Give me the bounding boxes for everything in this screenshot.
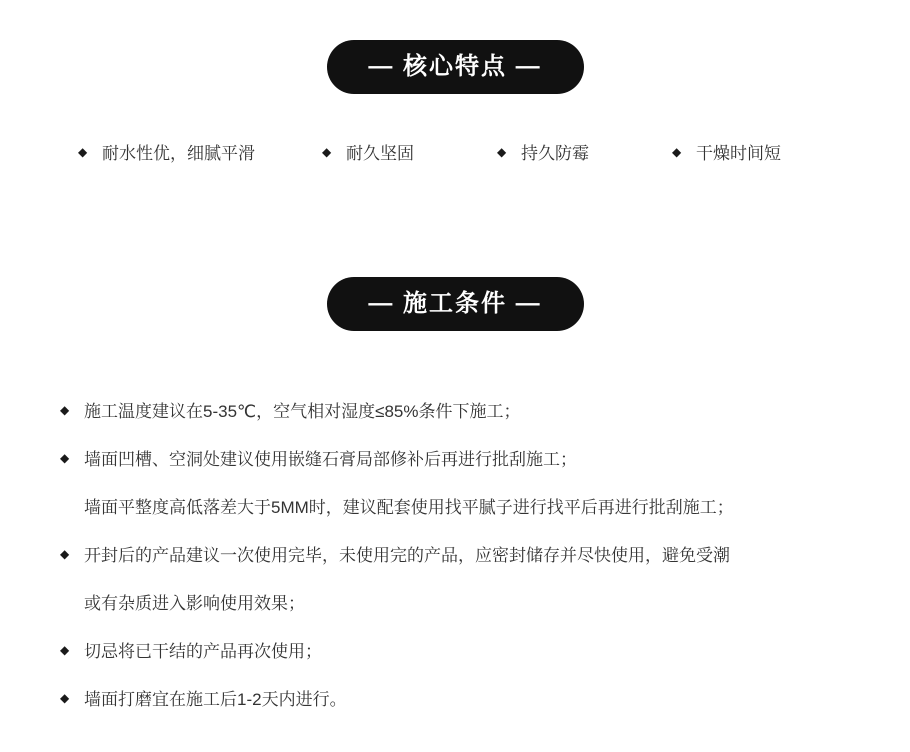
diamond-bullet-icon: ◆ (78, 146, 102, 158)
features-row: ◆ 耐水性优，细腻平滑 ◆ 耐久坚固 ◆ 持久防霉 ◆ 干燥时间短 (0, 139, 910, 164)
condition-line: ◆ 墙面打磨宜在施工后1-2天内进行。 (60, 673, 910, 721)
condition-item-temperature: ◆ 施工温度建议在5-35℃，空气相对湿度≤85%条件下施工； (60, 385, 910, 433)
feature-item-water-resistance: ◆ 耐水性优，细腻平滑 (78, 139, 255, 164)
diamond-bullet-icon: ◆ (60, 644, 84, 656)
condition-text: 施工温度建议在5-35℃，空气相对湿度≤85%条件下施工； (84, 397, 520, 422)
condition-text: 墙面凹槽、空洞处建议使用嵌缝石膏局部修补后再进行批刮施工； (84, 445, 577, 470)
condition-text: 开封后的产品建议一次使用完毕，未使用完的产品，应密封储存并尽快使用，避免受潮 (84, 541, 730, 566)
condition-line: ◆ 墙面凹槽、空洞处建议使用嵌缝石膏局部修补后再进行批刮施工； (60, 433, 910, 481)
condition-text: 墙面打磨宜在施工后1-2天内进行。 (84, 685, 347, 710)
condition-line-continuation: 墙面平整度高低落差大于5MM时，建议配套使用找平腻子进行找平后再进行批刮施工； (60, 481, 910, 529)
diamond-bullet-icon: ◆ (60, 548, 84, 560)
diamond-bullet-icon: ◆ (60, 452, 84, 464)
diamond-bullet-icon: ◆ (322, 146, 346, 158)
condition-text: 墙面平整度高低落差大于5MM时，建议配套使用找平腻子进行找平后再进行批刮施工； (84, 493, 734, 518)
condition-item-storage: ◆ 开封后的产品建议一次使用完毕，未使用完的产品，应密封储存并尽快使用，避免受潮… (60, 529, 910, 625)
core-features-header: — 核心特点 — (327, 40, 584, 94)
condition-line: ◆ 开封后的产品建议一次使用完毕，未使用完的产品，应密封储存并尽快使用，避免受潮 (60, 529, 910, 577)
condition-line: ◆ 切忌将已干结的产品再次使用； (60, 625, 910, 673)
diamond-bullet-icon: ◆ (672, 146, 696, 158)
conditions-list: ◆ 施工温度建议在5-35℃，空气相对湿度≤85%条件下施工； ◆ 墙面凹槽、空… (0, 385, 910, 721)
diamond-bullet-icon: ◆ (60, 404, 84, 416)
diamond-bullet-icon: ◆ (497, 146, 521, 158)
feature-item-durability: ◆ 耐久坚固 (322, 139, 414, 164)
condition-item-wall-repair: ◆ 墙面凹槽、空洞处建议使用嵌缝石膏局部修补后再进行批刮施工； 墙面平整度高低落… (60, 433, 910, 529)
feature-label: 耐久坚固 (346, 139, 414, 164)
construction-conditions-header: — 施工条件 — (327, 277, 584, 331)
feature-item-mold-proof: ◆ 持久防霉 (497, 139, 589, 164)
product-detail-page: — 核心特点 — ◆ 耐水性优，细腻平滑 ◆ 耐久坚固 ◆ 持久防霉 ◆ 干燥时… (0, 0, 910, 752)
condition-line-continuation: 或有杂质进入影响使用效果； (60, 577, 910, 625)
condition-item-no-reuse: ◆ 切忌将已干结的产品再次使用； (60, 625, 910, 673)
feature-label: 干燥时间短 (696, 139, 781, 164)
diamond-bullet-icon: ◆ (60, 692, 84, 704)
feature-item-fast-drying: ◆ 干燥时间短 (672, 139, 781, 164)
condition-item-sanding-time: ◆ 墙面打磨宜在施工后1-2天内进行。 (60, 673, 910, 721)
condition-text: 切忌将已干结的产品再次使用； (84, 637, 322, 662)
condition-line: ◆ 施工温度建议在5-35℃，空气相对湿度≤85%条件下施工； (60, 385, 910, 433)
construction-conditions-section: — 施工条件 — ◆ 施工温度建议在5-35℃，空气相对湿度≤85%条件下施工；… (0, 277, 910, 721)
core-features-section: — 核心特点 — ◆ 耐水性优，细腻平滑 ◆ 耐久坚固 ◆ 持久防霉 ◆ 干燥时… (0, 40, 910, 164)
condition-text: 或有杂质进入影响使用效果； (84, 589, 305, 614)
feature-label: 耐水性优，细腻平滑 (102, 139, 255, 164)
feature-label: 持久防霉 (521, 139, 589, 164)
